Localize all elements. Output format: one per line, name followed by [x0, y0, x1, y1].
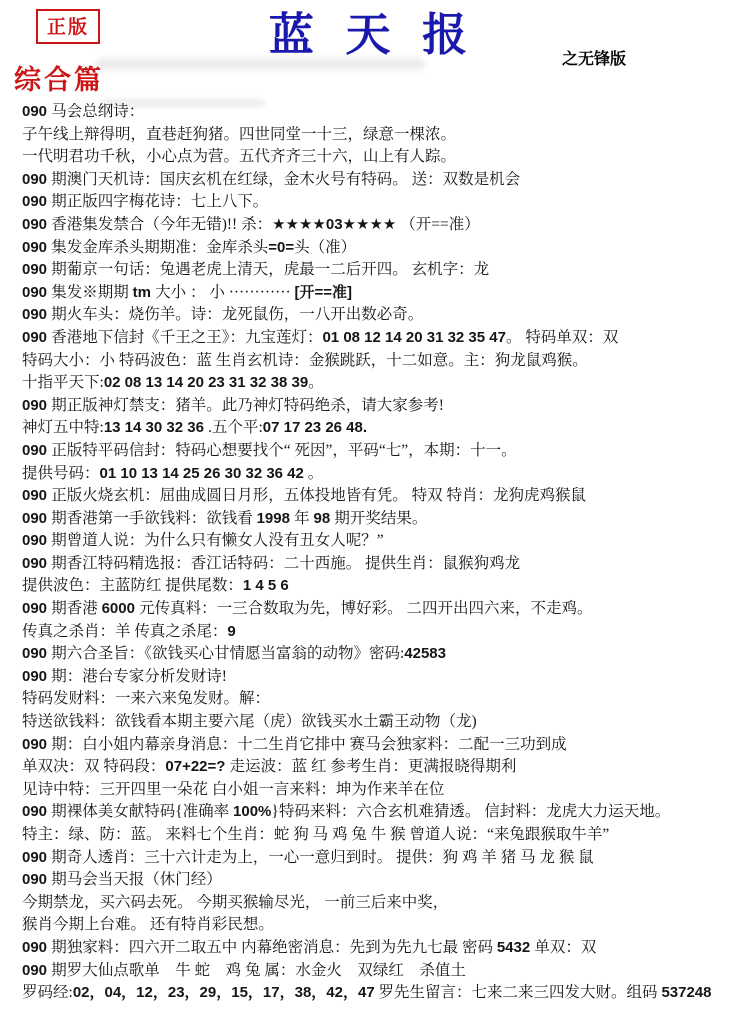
tip-line-number: 01 08 12 14 20 31 32 35 47: [322, 329, 506, 346]
tip-line-number: 02，04，12，23，29，15，17，38，42，47: [73, 984, 375, 1001]
tip-line: 特码大小：小 特码波色：蓝 生肖玄机诗：金猴跳跃，十二如意。主：狗龙鼠鸡猴。: [22, 350, 738, 373]
tip-line-number: 1998: [257, 510, 295, 527]
tip-line-text: 马会总纲诗：: [51, 103, 144, 120]
tip-line: 090 香港集发禁合（今年无错)!! 杀：★★★★03★★★★ （开==准）: [22, 214, 738, 237]
tip-line-text: 期澳门天机诗：国庆玄机在红绿，金木火号有特码。 送：双数是机会: [51, 171, 520, 188]
tip-line-text: 子午线上辩得明，直巷赶狗猪。四世同堂一十三，绿意一棵浓。: [22, 126, 456, 143]
tip-line: 090 期马会当天报（休门经）: [22, 869, 738, 892]
tip-line: 神灯五中特:13 14 30 32 36 .五个平:07 17 23 26 48…: [22, 417, 738, 440]
tip-line-text: 元传真料：一三合数取为先，博好彩。 二四开出四六来，不走鸡。: [139, 600, 592, 617]
tip-line: 见诗中特：三开四里一朵花 白小姐一言来料：坤为作来羊在位: [22, 779, 738, 802]
tip-line-text: 走运波：蓝 红 参考生肖：更满报晓得期利: [230, 758, 517, 775]
tip-line: 090 集发金库杀头期期准：金库杀头=0=头（准）: [22, 237, 738, 260]
tip-line: 罗码经:02，04，12，23，29，15，17，38，42，47 罗先生留言：…: [22, 982, 738, 1005]
tip-line-text: 单双：双: [534, 939, 596, 956]
tip-line-text: 单双决：双 特码段：: [22, 758, 165, 775]
tip-line: 090 正版特平码信封：特码心想要找个“ 死因”，平码“七”，本期：十一。: [22, 440, 738, 463]
tip-line-number: 090: [22, 532, 51, 549]
tip-line-text: 期香港: [51, 600, 101, 617]
tip-line-text: 罗码经:: [22, 984, 73, 1001]
tip-line: 090 期澳门天机诗：国庆玄机在红绿，金木火号有特码。 送：双数是机会: [22, 169, 738, 192]
tip-line-number: 090: [22, 284, 51, 301]
tip-line-number: 090: [22, 962, 51, 979]
tip-line-number: tm: [133, 284, 156, 301]
tip-line: 090 期火车头：烧伤羊。诗：龙死鼠伤，一八开出数必奇。: [22, 304, 738, 327]
tip-line-number: [开==准]: [295, 284, 353, 301]
tip-line-number: 090: [22, 442, 51, 459]
tip-line-text: 期：港台专家分析发财诗!: [51, 668, 227, 685]
tip-line-number: 090: [22, 555, 51, 572]
tip-line-number: 98: [314, 510, 335, 527]
tip-line-text: .五个平:: [208, 419, 263, 436]
tip-line-number: 090: [22, 736, 51, 753]
tip-line-text: 见诗中特：三开四里一朵花 白小姐一言来料：坤为作来羊在位: [22, 781, 444, 798]
tip-line-number: 090: [22, 939, 51, 956]
tip-line-number: =0=: [268, 239, 294, 256]
tip-line-text: 特码大小：小 特码波色：蓝 生肖玄机诗：金猴跳跃，十二如意。主：狗龙鼠鸡猴。: [22, 352, 588, 369]
tip-line-number: 01 10 13 14 25 26 30 32 36 42: [100, 465, 304, 482]
tip-line-text: 特送欲钱料：欲钱看本期主要六尾（虎）欲钱买水土霸王动物（龙): [22, 713, 477, 730]
tip-line: 090 期香港第一手欲钱料：欲钱看 1998 年 98 期开奖结果。: [22, 508, 738, 531]
tip-line-number: 9: [227, 623, 235, 640]
tip-line-number: 090: [22, 397, 51, 414]
tip-line-text: 期奇人透肖：三十六计走为上，一心一意归到时。 提供：狗 鸡 羊 猪 马 龙 猴 …: [51, 849, 594, 866]
tip-line-text: 特主：绿、防：蓝。 来料七个生肖：蛇 狗 马 鸡 兔 牛 猴 曾道人说：“来兔跟…: [22, 826, 609, 843]
tip-line-text: 。: [304, 465, 323, 482]
tip-line-number: 090: [22, 171, 51, 188]
tip-line: 090 期曾道人说：为什么只有懒女人没有丑女人呢？”: [22, 530, 738, 553]
tip-line-text: 期开奖结果。: [334, 510, 427, 527]
tip-line-number: 090: [22, 849, 51, 866]
tip-line-text: 香港地下信封《千王之王》：九宝莲灯：: [51, 329, 322, 346]
tip-line-text: 期曾道人说：为什么只有懒女人没有丑女人呢？”: [51, 532, 383, 549]
tip-line-number: 090: [22, 329, 51, 346]
tip-line-text: 期六合圣旨：《欲钱买心甘情愿当富翁的动物》密码:: [51, 645, 404, 662]
tip-line-text: 期罗大仙点歌单 牛 蛇 鸡 兔 属：水金火 双绿红 杀值土: [51, 962, 466, 979]
tip-line-text: 正版火烧玄机：屈曲成圆日月形，五体投地皆有凭。 特双 特肖：龙狗虎鸡猴鼠: [51, 487, 586, 504]
tip-line: 子午线上辩得明，直巷赶狗猪。四世同堂一十三，绿意一棵浓。: [22, 124, 738, 147]
tip-line-text: 集发金库杀头期期准：金库杀头: [51, 239, 268, 256]
tip-line: 特码发财料：一来六来兔发财。解：: [22, 688, 738, 711]
tip-line: 090 期：白小姐内幕亲身消息：十二生肖它排中 赛马会独家料：二配一三功到成: [22, 734, 738, 757]
tip-line: 090 期香江特码精选报：香江话特码：二十西施。 提供生肖：鼠猴狗鸡龙: [22, 553, 738, 576]
tip-line: 今期禁龙，买六码去死。 今期买猴输尽光， 一前三后来中奖，: [22, 892, 738, 915]
tip-line-text: 期独家料：四六开二取五中 内幕绝密消息：先到为先九七最 密码: [51, 939, 497, 956]
section-title: 综合篇: [14, 58, 104, 97]
tip-line-text: 。: [308, 374, 324, 391]
tip-line-number: 5432: [497, 939, 535, 956]
tip-line-number: 090: [22, 103, 51, 120]
tips-list: 090 马会总纲诗：子午线上辩得明，直巷赶狗猪。四世同堂一十三，绿意一棵浓。一代…: [22, 101, 738, 1005]
tip-line: 090 期罗大仙点歌单 牛 蛇 鸡 兔 属：水金火 双绿红 杀值土: [22, 960, 738, 983]
tip-line-text: 。 特码单双：双: [506, 329, 618, 346]
tip-line: 单双决：双 特码段：07+22=? 走运波：蓝 红 参考生肖：更满报晓得期利: [22, 756, 738, 779]
tip-line: 提供号码：01 10 13 14 25 26 30 32 36 42 。: [22, 463, 738, 486]
tip-line-text: 期香港第一手欲钱料：欲钱看: [51, 510, 256, 527]
tip-line-number: 6000: [102, 600, 140, 617]
tip-line: 090 马会总纲诗：: [22, 101, 738, 124]
tip-line-text: 罗先生留言：七来二来三四发大财。组码: [375, 984, 662, 1001]
tip-line-number: 07 17 23 26 48.: [263, 419, 367, 436]
page-title: 蓝 天 报: [0, 0, 744, 63]
edition-label: 之无锋版: [562, 46, 626, 69]
tip-line: 090 期正版神灯禁支：猪羊。此乃神灯特码绝杀，请大家参考!: [22, 395, 738, 418]
tip-line: 特送欲钱料：欲钱看本期主要六尾（虎）欲钱买水土霸王动物（龙): [22, 711, 738, 734]
tip-line-number: 090: [22, 645, 51, 662]
tip-line-number: 13 14 30 32 36: [104, 419, 208, 436]
tip-line-number: 1 4 5 6: [243, 577, 289, 594]
tip-line-text: 期葡京一句话：兔遇老虎上清天，虎最一二后开四。 玄机字：龙: [51, 261, 489, 278]
tip-line-number: ★★★★03★★★★: [272, 216, 396, 233]
tip-line-text: 提供波色：主蓝防红 提供尾数：: [22, 577, 243, 594]
tip-line-text: 传真之杀肖：羊 传真之杀尾：: [22, 623, 227, 640]
tip-line-text: 十指平天下:: [22, 374, 104, 391]
tip-line-text: 香港集发禁合（今年无错)!! 杀：: [51, 216, 272, 233]
tip-line-text: 正版特平码信封：特码心想要找个“ 死因”，平码“七”，本期：十一。: [51, 442, 516, 459]
tip-line-number: 090: [22, 487, 51, 504]
tip-line-text: 期香江特码精选报：香江话特码：二十西施。 提供生肖：鼠猴狗鸡龙: [51, 555, 520, 572]
tip-line: 090 期香港 6000 元传真料：一三合数取为先，博好彩。 二四开出四六来，不…: [22, 598, 738, 621]
tip-line-text: 一代明君功千秋，小心点为营。五代齐齐三十六，山上有人踪。: [22, 148, 456, 165]
tip-line-number: 02 08 13 14 20 23 31 32 38 39: [104, 374, 308, 391]
tip-line-text: 期：白小姐内幕亲身消息：十二生肖它排中 赛马会独家料：二配一三功到成: [51, 736, 566, 753]
tip-line-text: 今期禁龙，买六码去死。 今期买猴输尽光， 一前三后来中奖，: [22, 894, 448, 911]
tip-line: 090 期裸体美女献特码{准确率 100%}特码来料：六合玄机难猜透。 信封料：…: [22, 801, 738, 824]
tip-line-text: 提供号码：: [22, 465, 100, 482]
tip-line-text: 头（准）: [294, 239, 356, 256]
tip-line: 090 期正版四字梅花诗：七上八下。: [22, 191, 738, 214]
tip-line-text: 期正版神灯禁支：猪羊。此乃神灯特码绝杀，请大家参考!: [51, 397, 444, 414]
tip-line-text: 期裸体美女献特码{准确率: [51, 803, 233, 820]
tip-line-text: 猴肖今期上台难。 还有特肖彩民想。: [22, 916, 274, 933]
tip-line-number: 090: [22, 239, 51, 256]
tip-line-number: 090: [22, 871, 51, 888]
tip-line-number: 090: [22, 803, 51, 820]
tip-line: 090 期奇人透肖：三十六计走为上，一心一意归到时。 提供：狗 鸡 羊 猪 马 …: [22, 847, 738, 870]
tip-line-number: 090: [22, 261, 51, 278]
tip-line-text: }特码来料：六合玄机难猜透。 信封料：龙虎大力运天地。: [271, 803, 670, 820]
tip-line: 特主：绿、防：蓝。 来料七个生肖：蛇 狗 马 鸡 兔 牛 猴 曾道人说：“来兔跟…: [22, 824, 738, 847]
tip-line-text: 期火车头：烧伤羊。诗：龙死鼠伤，一八开出数必奇。: [51, 306, 423, 323]
tip-line: 猴肖今期上台难。 还有特肖彩民想。: [22, 914, 738, 937]
tip-line-number: 090: [22, 668, 51, 685]
tip-line: 090 集发※期期 tm 大小 ： 小 ············ [开==准]: [22, 282, 738, 305]
tip-line-text: 期马会当天报（休门经）: [51, 871, 222, 888]
tip-line-text: 特码发财料：一来六来兔发财。解：: [22, 690, 270, 707]
tip-line-number: 090: [22, 600, 51, 617]
tip-line: 十指平天下:02 08 13 14 20 23 31 32 38 39。: [22, 372, 738, 395]
tip-line: 090 期葡京一句话：兔遇老虎上清天，虎最一二后开四。 玄机字：龙: [22, 259, 738, 282]
tip-line-number: 090: [22, 193, 51, 210]
tip-line-number: 42583: [404, 645, 446, 662]
tip-line: 090 期：港台专家分析发财诗!: [22, 666, 738, 689]
tip-line-number: 090: [22, 216, 51, 233]
tip-line-text: 大小 ： 小 ············: [155, 284, 294, 301]
tip-line-text: 神灯五中特:: [22, 419, 104, 436]
tip-line-text: 集发※期期: [51, 284, 132, 301]
tip-line-number: 090: [22, 510, 51, 527]
tip-line-number: 100%: [233, 803, 271, 820]
tip-line: 090 正版火烧玄机：屈曲成圆日月形，五体投地皆有凭。 特双 特肖：龙狗虎鸡猴鼠: [22, 485, 738, 508]
tip-line: 090 期独家料：四六开二取五中 内幕绝密消息：先到为先九七最 密码 5432 …: [22, 937, 738, 960]
tip-line: 090 期六合圣旨：《欲钱买心甘情愿当富翁的动物》密码:42583: [22, 643, 738, 666]
tip-line-number: 07+22=?: [165, 758, 229, 775]
tip-line-number: 090: [22, 306, 51, 323]
tip-line: 090 香港地下信封《千王之王》：九宝莲灯：01 08 12 14 20 31 …: [22, 327, 738, 350]
tip-line: 提供波色：主蓝防红 提供尾数：1 4 5 6: [22, 575, 738, 598]
tip-line: 一代明君功千秋，小心点为营。五代齐齐三十六，山上有人踪。: [22, 146, 738, 169]
tip-line-number: 537248: [661, 984, 711, 1001]
tip-line: 传真之杀肖：羊 传真之杀尾：9: [22, 621, 738, 644]
tip-line-text: 年: [294, 510, 313, 527]
tip-line-text: （开==准）: [396, 216, 479, 233]
tip-line-text: 期正版四字梅花诗：七上八下。: [51, 193, 268, 210]
